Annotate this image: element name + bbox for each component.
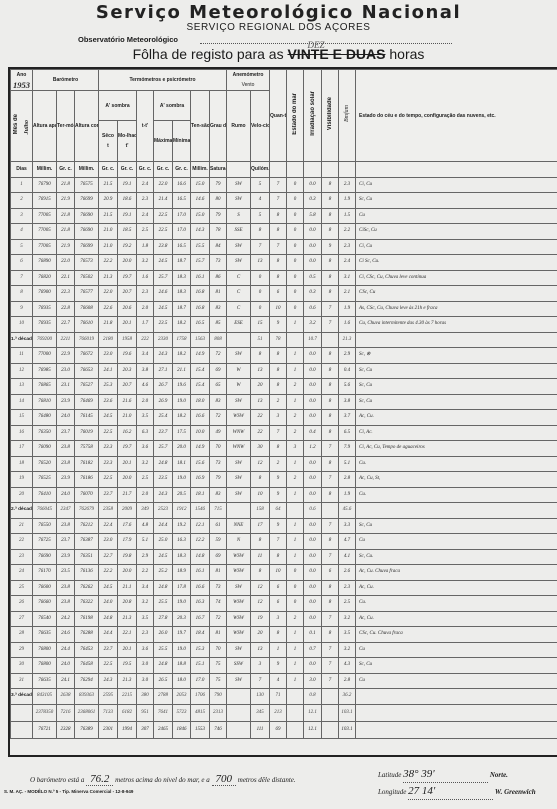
cell-rumo: SW xyxy=(227,487,251,503)
folha-struck-hours: VINTE E DUAS xyxy=(287,46,385,62)
cell-max: 26.0 xyxy=(154,627,173,643)
cell-dif: 3.5 xyxy=(137,611,154,627)
cell-mar: 2 xyxy=(287,410,304,426)
cell-term: 24.0 xyxy=(57,658,75,674)
cell-mar: 0 xyxy=(287,286,304,302)
cell-nuv: 9 xyxy=(270,472,287,488)
cell-irr: 0.0 xyxy=(304,549,322,565)
cell-term: 23.8 xyxy=(57,596,75,612)
cell-rumo: W xyxy=(227,379,251,395)
cell-tens: 14.6 xyxy=(191,193,210,209)
cell-molh: 20.8 xyxy=(118,596,137,612)
cell-mar: 3 xyxy=(287,441,304,457)
cell-seco: 23.6 xyxy=(99,394,118,410)
cell-seco: 23.3 xyxy=(99,441,118,457)
cell-min: 18.9 xyxy=(173,565,191,581)
cell-vel: 30 xyxy=(251,441,270,457)
cell-mar xyxy=(287,332,304,348)
cell-sig: 5.6 xyxy=(339,379,356,395)
day-cell: 30 xyxy=(11,658,33,674)
means-cell-alt-corr: 76389 xyxy=(75,721,99,738)
cell-vis: 7 xyxy=(322,611,339,627)
cell-rumo: SW xyxy=(227,472,251,488)
cell-rumo xyxy=(227,503,251,519)
cell-mar: 0 xyxy=(287,301,304,317)
cell-tens: 18.4 xyxy=(191,627,210,643)
cell-min: 18.0 xyxy=(173,673,191,689)
cell-hum: 49 xyxy=(210,425,227,441)
estado-ceu-header: Estado do céu e do tempo, configuração d… xyxy=(356,70,557,162)
cell-sky-description: Ac, Cu, St, xyxy=(356,472,557,488)
cell-dif: 2.2 xyxy=(137,565,154,581)
cell-dif: 2.5 xyxy=(137,472,154,488)
table-row: 127698523.07665324.120.33.827.121.115.46… xyxy=(11,363,557,379)
cell-dif: 2.9 xyxy=(137,549,154,565)
means-cell-seco: 2301 xyxy=(99,721,118,738)
cell-nuv: 8 xyxy=(270,348,287,364)
unit-grc: Gr. c. xyxy=(173,162,191,178)
cell-alt-corr: 76136 xyxy=(75,565,99,581)
cell-irr: 1.2 xyxy=(304,441,322,457)
cell-tens: 14.9 xyxy=(191,348,210,364)
cell-hum: 75 xyxy=(210,658,227,674)
cell-rumo: WNW xyxy=(227,425,251,441)
cell-tens: 1563 xyxy=(191,332,210,348)
cell-max: 23.5 xyxy=(154,472,173,488)
means-row: 7672123287638923011994307246518461553746… xyxy=(11,721,557,738)
cell-sig: 3.2 xyxy=(339,642,356,658)
cell-term: 22.7 xyxy=(57,317,75,333)
cell-max: 25.5 xyxy=(154,596,173,612)
cell-sig: 4.7 xyxy=(339,534,356,550)
table-row: 77682022.17650221.319.71.625.718.316.186… xyxy=(11,270,557,286)
unit-quilom: Quilóm. xyxy=(251,162,270,178)
cell-tens: 16.6 xyxy=(191,580,210,596)
cell-alt-corr: 75758 xyxy=(75,441,99,457)
cell-alt-ap: 76525 xyxy=(33,472,57,488)
cell-irr: 0.6 xyxy=(304,301,322,317)
cell-tens: 1706 xyxy=(191,689,210,705)
unit-millim: Millim. xyxy=(191,162,210,178)
coordinates: Latitude 38° 39' Norte. Longitude 27 14'… xyxy=(378,766,536,800)
cell-term: 22.3 xyxy=(57,286,75,302)
cell-sig: 36.2 xyxy=(339,689,356,705)
cell-molh: 20.1 xyxy=(118,317,137,333)
cell-sky-description: Ac, Cu. xyxy=(356,611,557,627)
cell-vel: 0 xyxy=(251,301,270,317)
visibilidade-header: Visibilidade xyxy=(322,70,339,162)
cell-min: 16.3 xyxy=(173,534,191,550)
cell-alt-corr: 76322 xyxy=(75,596,99,612)
cell-dif: 2.0 xyxy=(137,487,154,503)
cell-hum: 84 xyxy=(210,239,227,255)
cell-sig: 3.7 xyxy=(339,410,356,426)
cell-sky-description: Ac, Cu. xyxy=(356,580,557,596)
cell-alt-ap: 77000 xyxy=(33,348,57,364)
decada-summary-row: 1.ª década769200221176601921801958222233… xyxy=(11,332,557,348)
cell-rumo: S xyxy=(227,208,251,224)
cell-dif: 3.2 xyxy=(137,456,154,472)
cell-vis: 7 xyxy=(322,658,339,674)
cell-sig: 1.9 xyxy=(339,193,356,209)
cell-molh: 19.6 xyxy=(118,348,137,364)
table-row: 157648024.07614524.521.03.525.418.216.67… xyxy=(11,410,557,426)
cell-sky-description: CSc, Cu. Chuva fraca xyxy=(356,627,557,643)
cell-irr: 0.0 xyxy=(304,348,322,364)
cell-vis: 7 xyxy=(322,441,339,457)
cell-term: 23.5 xyxy=(57,565,75,581)
cell-alt-ap: 76985 xyxy=(33,363,57,379)
cell-hum: 86 xyxy=(210,270,227,286)
cell-vel: 8 xyxy=(251,224,270,240)
observatory-blank-line xyxy=(200,43,452,44)
cell-term: 23.8 xyxy=(57,456,75,472)
cell-hum: 59 xyxy=(210,534,227,550)
means-cell-term: 2328 xyxy=(57,721,75,738)
cell-nuv: 8 xyxy=(270,255,287,271)
cell-molh: 21.0 xyxy=(118,410,137,426)
table-row: 297680024.47645323.720.13.625.519.015.37… xyxy=(11,642,557,658)
cell-term: 23.0 xyxy=(57,363,75,379)
cell-dif: 222 xyxy=(137,332,154,348)
cell-min: 16.6 xyxy=(173,177,191,193)
cell-nuv: 7 xyxy=(270,177,287,193)
cell-max: 27.8 xyxy=(154,611,173,627)
cell-seco: 23.0 xyxy=(99,348,118,364)
cell-vis: 8 xyxy=(322,456,339,472)
cell-vis: 8 xyxy=(322,255,339,271)
cell-mar: 1 xyxy=(287,673,304,689)
cell-max: 23.5 xyxy=(154,317,173,333)
cell-alt-corr: 76577 xyxy=(75,286,99,302)
cell-rumo: SW xyxy=(227,239,251,255)
cell-mar: 1 xyxy=(287,627,304,643)
cell-alt-corr: 76453 xyxy=(75,642,99,658)
cell-sky-description: CSc, Cu xyxy=(356,286,557,302)
cell-sig: 2.3 xyxy=(339,177,356,193)
cell-molh: 22.1 xyxy=(118,627,137,643)
decada-label: 3.ª década xyxy=(11,689,33,705)
table-row: 27691521.97669920.918.62.321.416.514.680… xyxy=(11,193,557,209)
table-row: 107693522.77661021.820.11.723.518.216.58… xyxy=(11,317,557,333)
cell-rumo: N xyxy=(227,534,251,550)
unit-dias: Dias xyxy=(11,162,33,178)
cell-min: 20.3 xyxy=(173,611,191,627)
cell-hum: 808 xyxy=(210,332,227,348)
cell-sky-description: Ac, Cu. Chuva fraca xyxy=(356,565,557,581)
cell-alt-corr: 766019 xyxy=(75,332,99,348)
cell-molh: 2009 xyxy=(118,503,137,519)
cell-sky-description: Ci, CSc, Cu, Chuva leve contínua xyxy=(356,270,557,286)
folha-prefix: Fôlha de registo para as xyxy=(133,46,284,62)
unit-grc: Gr. c. xyxy=(57,162,75,178)
cell-term: 23.8 xyxy=(57,441,75,457)
cell-vel: 0 xyxy=(251,270,270,286)
cell-sky-description: Sc, Cu. xyxy=(356,549,557,565)
cell-tens: 12.2 xyxy=(191,534,210,550)
unit-grc: Gr. c. xyxy=(137,162,154,178)
cell-min: 18.2 xyxy=(173,348,191,364)
day-cell: 15 xyxy=(11,410,33,426)
cell-vel: 12 xyxy=(251,596,270,612)
cell-hum: 72 xyxy=(210,611,227,627)
table-row: 187652023.87618223.320.13.224.818.115.67… xyxy=(11,456,557,472)
cell-nuv: 8 xyxy=(270,627,287,643)
month-cell: Mês de Julho xyxy=(11,91,33,162)
cell-max: 24.8 xyxy=(154,456,173,472)
cell-irr: 0.0 xyxy=(304,658,322,674)
table-row: 317663524.17629424.321.33.026.518.017.07… xyxy=(11,673,557,689)
means-cell-hum: 746 xyxy=(210,721,227,738)
cell-mar: 2 xyxy=(287,472,304,488)
cell-sig: 2.1 xyxy=(339,286,356,302)
cell-vel: 20 xyxy=(251,379,270,395)
cell-nuv: 7 xyxy=(270,239,287,255)
cell-tens: 10.0 xyxy=(191,425,210,441)
cell-nuv: 6 xyxy=(270,286,287,302)
cell-sig: 2.3 xyxy=(339,239,356,255)
cell-rumo: SSW xyxy=(227,658,251,674)
cell-molh: 20.6 xyxy=(118,301,137,317)
cell-vel: 12 xyxy=(251,580,270,596)
cell-alt-ap: 76725 xyxy=(33,534,57,550)
cell-rumo: WSW xyxy=(227,596,251,612)
cell-min: 19.0 xyxy=(173,596,191,612)
cell-rumo: SW xyxy=(227,193,251,209)
table-row: 277654024.27619824.821.33.527.820.316.77… xyxy=(11,611,557,627)
cell-irr: 0.0 xyxy=(304,534,322,550)
cell-tens: 14.8 xyxy=(191,549,210,565)
cell-term: 24.0 xyxy=(57,410,75,426)
cell-min: 20.0 xyxy=(173,441,191,457)
weather-record-sheet: Serviço Meteorológico Nacional SERVIÇO R… xyxy=(0,0,557,809)
cell-vis: 8 xyxy=(322,379,339,395)
altura-aparente-header: Altura aparente xyxy=(33,91,57,162)
cell-alt-corr: 76610 xyxy=(75,317,99,333)
cell-max: 24.5 xyxy=(154,549,173,565)
day-cell: 5 xyxy=(11,239,33,255)
cell-vis xyxy=(322,689,339,705)
termometro-adjunto-header: Ter-mó-metro adjun-to xyxy=(57,91,75,162)
cell-hum: 72 xyxy=(210,410,227,426)
cell-alt-corr: 76608 xyxy=(75,301,99,317)
cell-tens: 15.5 xyxy=(191,239,210,255)
cell-sig: 2.5 xyxy=(339,596,356,612)
totals-cell-alt-corr: 2368061 xyxy=(75,704,99,721)
cell-min: 16.5 xyxy=(173,239,191,255)
cell-tens: 16.8 xyxy=(191,286,210,302)
means-cell-mar xyxy=(287,721,304,738)
totals-row: 2378350721623680617133618295176415723481… xyxy=(11,704,557,721)
cell-molh: 20.0 xyxy=(118,255,137,271)
cell-dif: 3.0 xyxy=(137,658,154,674)
cell-hum: 70 xyxy=(210,642,227,658)
cell-sky-description xyxy=(356,503,557,519)
cell-term: 23.7 xyxy=(57,425,75,441)
cell-nuv: 2 xyxy=(270,456,287,472)
unit-blank xyxy=(339,162,356,178)
cell-min: 19.0 xyxy=(173,394,191,410)
cell-molh: 20.1 xyxy=(118,642,137,658)
table-row: 247617023.57613622.220.02.225.218.916.18… xyxy=(11,565,557,581)
cell-seco: 23.7 xyxy=(99,487,118,503)
molhado-header: Mo-lhadot' xyxy=(118,121,137,162)
cell-hum: 61 xyxy=(210,518,227,534)
cell-max: 24.8 xyxy=(154,658,173,674)
cell-irr: 0.7 xyxy=(304,642,322,658)
means-cell-ceu xyxy=(356,721,557,738)
cell-min: 21.1 xyxy=(173,363,191,379)
totals-cell-nuv: 213 xyxy=(270,704,287,721)
cell-alt-ap: 76810 xyxy=(33,394,57,410)
cell-dif: 349 xyxy=(137,503,154,519)
cell-tens: 15.0 xyxy=(191,177,210,193)
cell-tens: 14.3 xyxy=(191,224,210,240)
cell-sky-description: Ci, Ac, Cu, Tempo de aguaceiros xyxy=(356,441,557,457)
cell-alt-corr: 76351 xyxy=(75,549,99,565)
table-row: 87690022.37657722.020.72.324.618.316.881… xyxy=(11,286,557,302)
cell-min: 18.3 xyxy=(173,286,191,302)
cell-mar: 0 xyxy=(287,239,304,255)
cell-sky-description: Sc, Cu xyxy=(356,394,557,410)
day-cell: 26 xyxy=(11,596,33,612)
cell-alt-corr: 76294 xyxy=(75,673,99,689)
cell-nuv: 78 xyxy=(270,332,287,348)
cell-term: 21.9 xyxy=(57,193,75,209)
cell-min: 17.0 xyxy=(173,224,191,240)
cell-seco: 21.0 xyxy=(99,224,118,240)
cell-max: 24.8 xyxy=(154,580,173,596)
cell-max: 26.7 xyxy=(154,379,173,395)
cell-molh: 16.2 xyxy=(118,425,137,441)
cell-molh: 19.8 xyxy=(118,549,137,565)
cell-seco: 25.3 xyxy=(99,379,118,395)
cell-mar: 0 xyxy=(287,177,304,193)
cell-tens: 16.7 xyxy=(191,611,210,627)
cell-dif: 3.4 xyxy=(137,580,154,596)
cell-term: 23.8 xyxy=(57,518,75,534)
cell-min: 19.0 xyxy=(173,472,191,488)
cell-max: 26.5 xyxy=(154,673,173,689)
cell-seco: 2180 xyxy=(99,332,118,348)
cell-max: 24.4 xyxy=(154,518,173,534)
cell-sky-description: Sc, Cu xyxy=(356,658,557,674)
cell-nuv: 9 xyxy=(270,487,287,503)
cell-sig: 45.6 xyxy=(339,503,356,519)
cell-rumo: WSW xyxy=(227,565,251,581)
decada-label: 1.ª década xyxy=(11,332,33,348)
cell-dif: 2.4 xyxy=(137,208,154,224)
cell-mar: 1 xyxy=(287,456,304,472)
cell-vel: 5 xyxy=(251,177,270,193)
longitude-suffix: W. Greenwich xyxy=(495,788,536,796)
cell-seco: 21.5 xyxy=(99,208,118,224)
anemometro-group-header: AnemómetroVento xyxy=(227,70,270,91)
cell-alt-corr: 76387 xyxy=(75,534,99,550)
cell-alt-ap: 76520 xyxy=(33,456,57,472)
cell-max: 24.5 xyxy=(154,301,173,317)
day-cell: 22 xyxy=(11,534,33,550)
cell-nuv: 3 xyxy=(270,410,287,426)
cell-tens: 16.1 xyxy=(191,565,210,581)
day-cell: 1 xyxy=(11,177,33,193)
cell-alt-ap: 76600 xyxy=(33,580,57,596)
cell-sig: 1.9 xyxy=(339,301,356,317)
table-row: 97693522.87660822.620.62.024.518.716.883… xyxy=(11,301,557,317)
cell-dif: 6.3 xyxy=(137,425,154,441)
cell-rumo: WSW xyxy=(227,627,251,643)
cell-seco: 22.0 xyxy=(99,286,118,302)
cell-mar: 1 xyxy=(287,348,304,364)
cell-irr: 0.0 xyxy=(304,224,322,240)
cell-min: 18.3 xyxy=(173,549,191,565)
cell-seco: 22.2 xyxy=(99,565,118,581)
cell-sky-description: Ac, Cu. xyxy=(356,410,557,426)
cell-sky-description: Ci Sc, Cu. xyxy=(356,255,557,271)
cell-min: 18.2 xyxy=(173,410,191,426)
cell-alt-corr: 76262 xyxy=(75,580,99,596)
cell-molh: 20.0 xyxy=(118,472,137,488)
cell-molh: 20.7 xyxy=(118,286,137,302)
cell-max: 24.3 xyxy=(154,487,173,503)
cell-max: 25.4 xyxy=(154,410,173,426)
cell-nuv: 8 xyxy=(270,270,287,286)
cell-seco: 21.0 xyxy=(99,239,118,255)
day-cell: 10 xyxy=(11,317,33,333)
service-title: Serviço Meteorológico Nacional xyxy=(0,2,557,23)
cell-tens: 15.6 xyxy=(191,456,210,472)
cell-term: 23.9 xyxy=(57,549,75,565)
cell-nuv: 10 xyxy=(270,301,287,317)
cell-dif: 3.0 xyxy=(137,673,154,689)
cell-vis: 8 xyxy=(322,348,339,364)
cell-alt-corr: 76527 xyxy=(75,379,99,395)
longitude-label: Longitude xyxy=(378,788,406,796)
cell-alt-ap: 843105 xyxy=(33,689,57,705)
cell-vel: 17 xyxy=(251,518,270,534)
cell-alt-ap: 76090 xyxy=(33,441,57,457)
cell-alt-corr: 76469 xyxy=(75,394,99,410)
cell-min: 19.2 xyxy=(173,518,191,534)
cell-sky-description: Cu. xyxy=(356,487,557,503)
cell-vis: 8 xyxy=(322,410,339,426)
day-cell: 17 xyxy=(11,441,33,457)
cell-alt-ap: 76900 xyxy=(33,286,57,302)
cell-nuv: 6 xyxy=(270,596,287,612)
cell-molh: 20.7 xyxy=(118,379,137,395)
cell-min: 17.8 xyxy=(173,580,191,596)
cell-rumo: SW xyxy=(227,456,251,472)
cell-seco: 24.3 xyxy=(99,673,118,689)
cell-irr: 3.2 xyxy=(304,317,322,333)
latitude-suffix: Norte. xyxy=(490,771,508,779)
cell-hum: 79 xyxy=(210,177,227,193)
cell-mar: 1 xyxy=(287,658,304,674)
cell-sky-description: Cu xyxy=(356,642,557,658)
barometer-note: O barómetro está a 76.2 metros acima do … xyxy=(30,773,296,785)
cell-sky-description: Cu xyxy=(356,208,557,224)
cell-sky-description xyxy=(356,689,557,705)
cell-sky-description: Sc, ⊗ xyxy=(356,348,557,364)
cell-rumo: SW xyxy=(227,673,251,689)
cell-dif: 1.7 xyxy=(137,317,154,333)
cell-alt-ap: 76660 xyxy=(33,596,57,612)
cell-min: 18.8 xyxy=(173,658,191,674)
cell-irr: 10.7 xyxy=(304,332,322,348)
unit-grc: Gr. c. xyxy=(154,162,173,178)
table-row: 267666023.87632224.020.83.225.519.016.37… xyxy=(11,596,557,612)
cell-vel: 158 xyxy=(251,503,270,519)
